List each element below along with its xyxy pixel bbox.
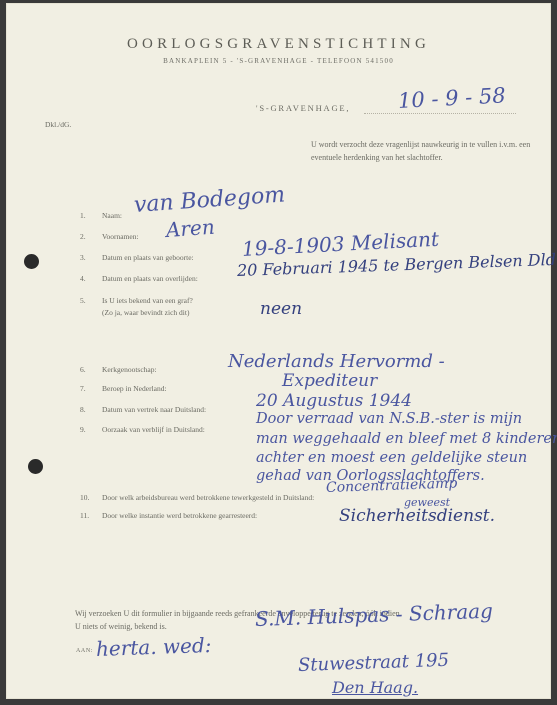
to-label: AAN: (76, 648, 93, 654)
place-label: 'S-GRAVENHAGE, (256, 103, 350, 113)
question-10-label: 10.Door welk arbeidsbureau werd betrokke… (80, 492, 314, 504)
question-5-label: 5.Is U iets bekend van een graf? (80, 295, 193, 307)
organization-title: OORLOGSGRAVENSTICHTING (6, 36, 551, 53)
answer-first-names: Aren (165, 215, 215, 242)
question-3-label: 3.Datum en plaats van geboorte: (80, 252, 194, 264)
answer-profession: Expediteur (282, 371, 377, 391)
answer-arrested-by: Sicherheitsdienst. (339, 506, 495, 526)
answer-reason-line-1: Door verraad van N.S.B.-ster is mijn (256, 411, 522, 427)
question-9-label: 9.Oorzaak van verblijf in Duitsland: (80, 424, 205, 436)
question-11-label: 11.Door welke instantie werd betrokkene … (80, 510, 257, 522)
organization-address: BANKAPLEIN 5 - 'S-GRAVENHAGE - TELEFOON … (6, 57, 551, 65)
return-request-line-2: U niets of weinig, bekend is. (75, 621, 167, 633)
date-line (364, 113, 516, 114)
reference-code: Dkl./dG. (45, 119, 71, 131)
question-1-label: 1.Naam: (80, 210, 122, 222)
punch-hole (24, 254, 39, 269)
question-2-label: 2.Voornamen: (80, 231, 139, 243)
question-8-label: 8.Datum van vertrek naar Duitsland: (80, 404, 206, 416)
answer-grave: neen (260, 299, 302, 319)
answer-labour-office: Concentratiekamp (326, 475, 458, 496)
sender-name: S.M. Hulspas - Schraag (255, 599, 494, 631)
question-4-label: 4.Datum en plaats van overlijden: (80, 273, 198, 285)
punch-hole (28, 459, 43, 474)
answer-name: van Bodegom (133, 182, 286, 218)
form-page: OORLOGSGRAVENSTICHTING BANKAPLEIN 5 - 'S… (6, 3, 551, 699)
sender-prefix: herta. wed: (96, 633, 212, 661)
instruction-text: U wordt verzocht deze vragenlijst nauwke… (311, 138, 551, 164)
sender-city: Den Haag. (332, 678, 418, 697)
question-7-label: 7.Beroep in Nederland: (80, 383, 167, 395)
answer-departure: 20 Augustus 1944 (256, 391, 412, 411)
sender-street: Stuwestraat 195 (298, 650, 450, 676)
answer-church: Nederlands Hervormd - (228, 351, 445, 372)
date-handwritten: 10 - 9 - 58 (397, 83, 506, 113)
answer-reason-line-3: achter en moest een geldelijke steun (256, 450, 527, 466)
question-6-label: 6.Kerkgenootschap: (80, 364, 157, 376)
question-5-sublabel: (Zo ja, waar bevindt zich dit) (102, 307, 189, 319)
answer-reason-line-2: man weggehaald en bleef met 8 kinderen (256, 431, 557, 447)
